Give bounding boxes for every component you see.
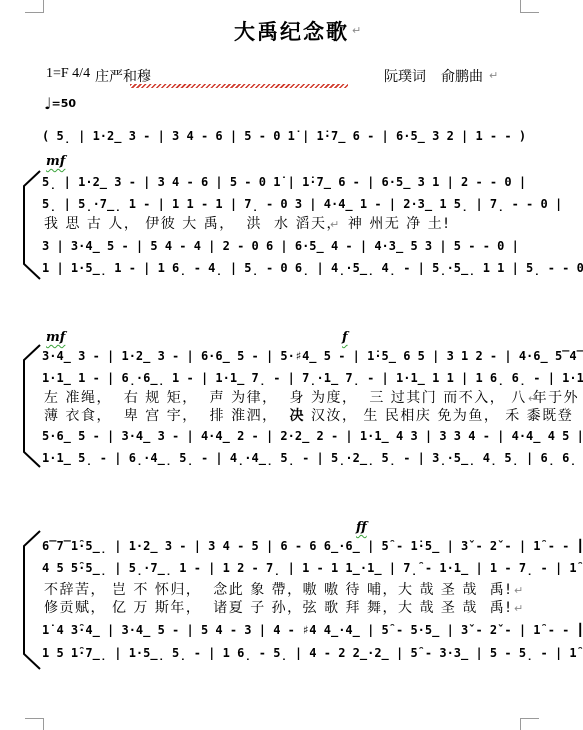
soprano-line: 6̅ 7̅ 1̑·5̲̣ | 1·2̲ 3 - | 3 4 - 5 | 6 - … — [42, 538, 583, 554]
margin-crop-mark-bottom-left — [25, 718, 44, 730]
dynamic-mf: mf — [46, 330, 65, 345]
lyricist-credit: 阮璞词 — [384, 66, 426, 86]
paragraph-mark: ↵ — [528, 392, 537, 405]
alto-line: 4 5 5̑·5̲̣ | 5̣·7̲̣ 1 - | 1 2 - 7̣ | 1 -… — [42, 560, 583, 576]
lyrics-line: 左 准绳， 右 规 矩， 声 为律， 身 为度， 三 过其门 而不入， 八 年于… — [44, 390, 579, 406]
system-brace — [20, 170, 42, 280]
margin-crop-mark-top-right — [520, 0, 539, 13]
tempo-value: =50 — [52, 97, 77, 110]
lyrics-line: 修贡赋， 亿 万 斯年， 诸夏 子 孙，弦 歌 拜 舞，大 哉 圣 哉 禹! — [44, 600, 512, 616]
bass-line: 1·1̲ 5̣ - | 6̣·4̲̣ 5̣ - | 4̣·4̲̣ 5̣ - | … — [42, 450, 583, 466]
song-title: 大禹纪念歌 — [0, 16, 583, 46]
dynamic-ff: ff — [356, 520, 367, 535]
paragraph-mark: ↵ — [352, 24, 361, 37]
lyrics-line: 薄 衣食， 卑 宫 宇， 排 淮泗， 决 汉汝， 生 民相庆 免为鱼， 禾 黍既… — [44, 408, 573, 424]
margin-crop-mark-bottom-right — [520, 718, 539, 730]
quarter-note-icon: ♩ — [44, 94, 52, 113]
key-signature: 1=F 4/4 — [46, 66, 90, 82]
system-brace — [20, 344, 42, 468]
paragraph-mark: ↵ — [489, 69, 498, 82]
expression-marking: 庄严和穆 — [95, 66, 151, 86]
paragraph-mark: ↵ — [514, 602, 523, 615]
dynamic-mf: mf — [46, 154, 65, 169]
bass-line: 1 | 1·5̲̣ 1 - | 1 6̣ - 4̣ | 5̣ - 0 6̣ | … — [42, 260, 583, 276]
intro-phrase-line: ( 5̣ | 1·2̲ 3 - | 3 4 - 6 | 5 - 0 1̇ | 1… — [42, 128, 526, 144]
soprano-line: 5̣ | 1·2̲ 3 - | 3 4 - 6 | 5 - 0 1̇ | 1̇·… — [42, 174, 526, 190]
lyrics-line: 不辞苦， 岂 不 怀归， 念此 象 帶，嗷 嗷 待 哺，大 哉 圣 哉 禹! — [44, 582, 512, 598]
tempo-marking: ♩=50 — [44, 94, 76, 113]
tenor-line: 5·6̲ 5 - | 3·4̲ 3 - | 4·4̲ 2 - | 2·2̲ 2 … — [42, 428, 583, 444]
bass-line: 1 5 1̑·7̲̣ | 1·5̲̣ 5̣ - | 1 6̣ - 5̣ | 4 … — [42, 645, 583, 661]
spellcheck-red-wavy-line — [130, 84, 348, 88]
paragraph-mark: ↵ — [514, 584, 523, 597]
dynamic-f: f — [342, 330, 348, 345]
paragraph-mark: ↵ — [330, 218, 339, 231]
margin-crop-mark-top-left — [25, 0, 44, 13]
composer-credit: 俞鹏曲 — [441, 66, 483, 86]
tenor-line: 1̇ 4 3̑·4̲ | 3·4̲ 5 - | 5 4 - 3 | 4 - ♯4… — [42, 622, 583, 638]
alto-line: 1·1̲ 1 - | 6̣·6̲̣ 1 - | 1·1̲ 7̣ - | 7̣·1… — [42, 370, 583, 386]
alto-line: 5̣ | 5̣·7̲̣ 1 - | 1 1 - 1 | 7̣ - 0 3 | 4… — [42, 196, 562, 212]
score-document-page: 大禹纪念歌 ↵ 1=F 4/4 庄严和穆 阮璞词 俞鹏曲 ↵ ♩=50 ( 5̣… — [0, 0, 583, 730]
soprano-line: 3·4̲ 3 - | 1·2̲ 3 - | 6·6̲ 5 - | 5·♯4̲ 5… — [42, 348, 583, 364]
system-brace — [20, 530, 42, 670]
lyrics-line: 我 思 古 人， 伊彼 大 禹， 洪 水 滔天， 神 州无 净 土! — [44, 216, 450, 232]
tenor-line: 3 | 3·4̲ 5 - | 5 4 - 4 | 2 - 0 6 | 6·5̲ … — [42, 238, 519, 254]
paragraph-mark: ↵ — [528, 410, 537, 423]
